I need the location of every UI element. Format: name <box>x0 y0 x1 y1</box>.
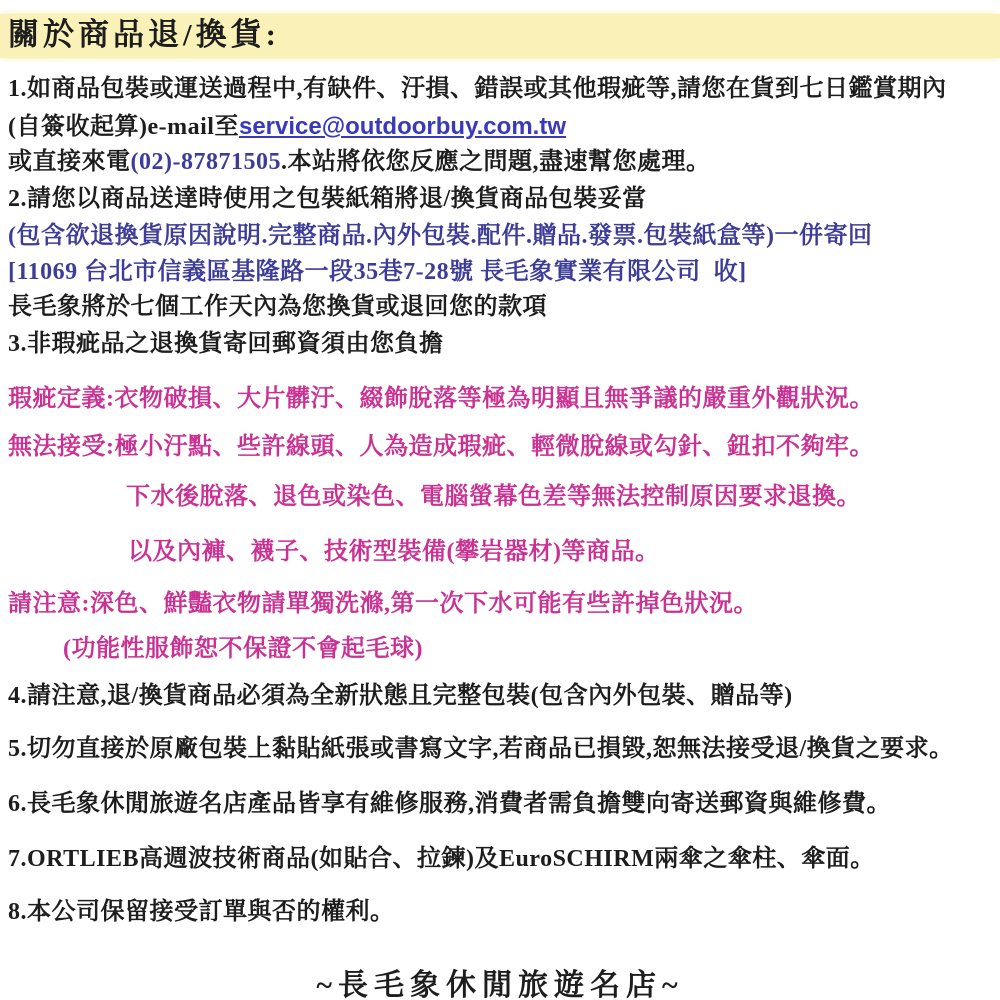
item2-line2: (包含欲退換貨原因說明.完整商品.內外包裝.配件.贈品.發票.包裝紙盒等)一併寄… <box>8 222 996 250</box>
item8-line: 8.本公司保留接受訂單與否的權利。 <box>8 898 996 926</box>
item6-line: 6.長毛象休閒旅遊名店產品皆享有維修服務,消費者需負擔雙向寄送郵資與維修費。 <box>8 790 996 818</box>
item3-line: 3.非瑕疵品之退換貨寄回郵資須由您負擔 <box>8 330 996 358</box>
item5-line: 5.切勿直接於原廠包裝上黏貼紙張或書寫文字,若商品已損毀,恕無法接受退/換貨之要… <box>8 735 996 763</box>
phone-number: (02)-87871505 <box>131 149 281 175</box>
item1-line1: 1.如商品包裝或運送過程中,有缺件、汙損、錯誤或其他瑕疵等,請您在貨到七日鑑賞期… <box>8 75 996 103</box>
wash-notice-2: (功能性服飾恕不保證不會起毛球) <box>63 635 996 663</box>
return-policy-document: 關於商品退/換貨: 1.如商品包裝或運送過程中,有缺件、汙損、錯誤或其他瑕疵等,… <box>0 0 1000 1000</box>
item1-line2: (自簽收起算)e-mail至service@outdoorbuy.com.tw <box>8 113 996 141</box>
defect-not-accepted: 無法接受:極小汙點、些許線頭、人為造成瑕疵、輕微脫線或勾針、鈕扣不夠牢。 <box>8 433 996 461</box>
title-highlight-band: 關於商品退/換貨: <box>0 14 1000 58</box>
item7-line: 7.ORTLIEB高週波技術商品(如貼合、拉鍊)及EuroSCHIRM兩傘之傘柱… <box>8 845 996 873</box>
defect-not-accepted-3: 以及內褲、襪子、技術型裝備(攀岩器材)等商品。 <box>128 538 996 566</box>
item1-line3: 或直接來電(02)-87871505.本站將依您反應之問題,盡速幫您處理。 <box>8 148 996 176</box>
wash-notice: 請注意:深色、鮮豔衣物請單獨洗滌,第一次下水可能有些許掉色狀況。 <box>8 590 996 618</box>
email-link[interactable]: service@outdoorbuy.com.tw <box>239 113 566 140</box>
store-name-footer: ~長毛象休閒旅遊名店~ <box>0 960 1000 1000</box>
item2-line4: 長毛象將於七個工作天內為您換貨或退回您的款項 <box>8 293 996 321</box>
item2-line1: 2.請您以商品送達時使用之包裝紙箱將退/換貨商品包裝妥當 <box>8 185 996 213</box>
defect-not-accepted-2: 下水後脫落、退色或染色、電腦螢幕色差等無法控制原因要求退換。 <box>126 483 996 511</box>
item1-line3-prefix: 或直接來電 <box>8 149 131 175</box>
policy-content: 1.如商品包裝或運送過程中,有缺件、汙損、錯誤或其他瑕疵等,請您在貨到七日鑑賞期… <box>0 58 1000 926</box>
item1-line2-prefix: (自簽收起算)e-mail至 <box>8 114 239 140</box>
return-address: [11069 台北市信義區基隆路一段35巷7-28號 長毛象實業有限公司 收] <box>8 258 996 286</box>
item4-line: 4.請注意,退/換貨商品必須為全新狀態且完整包裝(包含內外包裝、贈品等) <box>8 682 996 710</box>
defect-definition: 瑕疵定義:衣物破損、大片髒汙、綴飾脫落等極為明顯且無爭議的嚴重外觀狀況。 <box>8 385 996 413</box>
item1-line3-suffix: .本站將依您反應之問題,盡速幫您處理。 <box>281 149 711 175</box>
page-title: 關於商品退/換貨: <box>8 17 1000 53</box>
